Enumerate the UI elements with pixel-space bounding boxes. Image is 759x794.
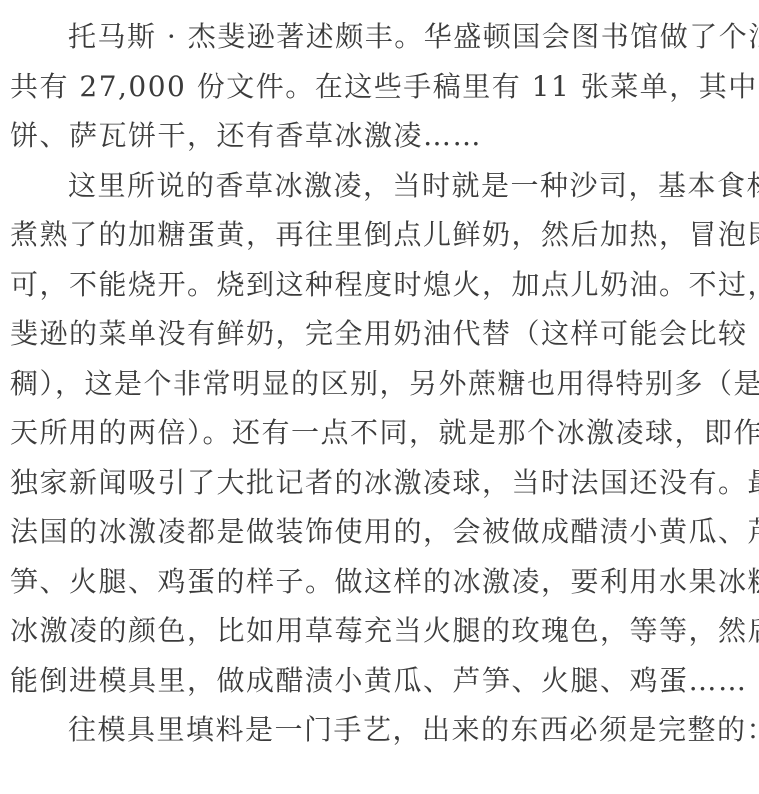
paragraph-3: 往模具里填料是一门手艺，出来的东西必须是完整的：整条	[10, 705, 745, 755]
text-line: 往模具里填料是一门手艺，出来的东西必须是完整的：整条	[10, 705, 745, 755]
paragraph-1: 托马斯 · 杰斐逊著述颇丰。华盛顿国会图书馆做了个汇编， 共有 27,000 份…	[10, 12, 745, 161]
text-line: 托马斯 · 杰斐逊著述颇丰。华盛顿国会图书馆做了个汇编，	[10, 12, 745, 62]
text-line: 冰激凌的颜色，比如用草莓充当火腿的玫瑰色，等等，然后才	[10, 606, 745, 656]
text-line: 天所用的两倍）。还有一点不同，就是那个冰激凌球，即作为	[10, 408, 745, 458]
text-line: 共有 27,000 份文件。在这些手稿里有 11 张菜单，其中有水果塔	[10, 62, 745, 112]
text-line: 煮熟了的加糖蛋黄，再往里倒点儿鲜奶，然后加热，冒泡即	[10, 210, 745, 260]
text-line: 笋、火腿、鸡蛋的样子。做这样的冰激凌，要利用水果冰糕和	[10, 557, 745, 607]
text-line: 稠），这是个非常明显的区别，另外蔗糖也用得特别多（是今	[10, 359, 745, 409]
document-page: 托马斯 · 杰斐逊著述颇丰。华盛顿国会图书馆做了个汇编， 共有 27,000 份…	[10, 12, 745, 755]
text-line: 法国的冰激凌都是做装饰使用的，会被做成醋渍小黄瓜、芦	[10, 507, 745, 557]
text-line: 斐逊的菜单没有鲜奶，完全用奶油代替（这样可能会比较	[10, 309, 745, 359]
text-line: 独家新闻吸引了大批记者的冰激凌球，当时法国还没有。最初	[10, 458, 745, 508]
text-line: 能倒进模具里，做成醋渍小黄瓜、芦笋、火腿、鸡蛋……	[10, 656, 745, 706]
text-line: 可，不能烧开。烧到这种程度时熄火，加点儿奶油。不过，杰	[10, 260, 745, 310]
text-line: 这里所说的香草冰激凌，当时就是一种沙司，基本食材是	[10, 161, 745, 211]
text-line: 饼、萨瓦饼干，还有香草冰激凌……	[10, 111, 745, 161]
paragraph-2: 这里所说的香草冰激凌，当时就是一种沙司，基本食材是 煮熟了的加糖蛋黄，再往里倒点…	[10, 161, 745, 706]
